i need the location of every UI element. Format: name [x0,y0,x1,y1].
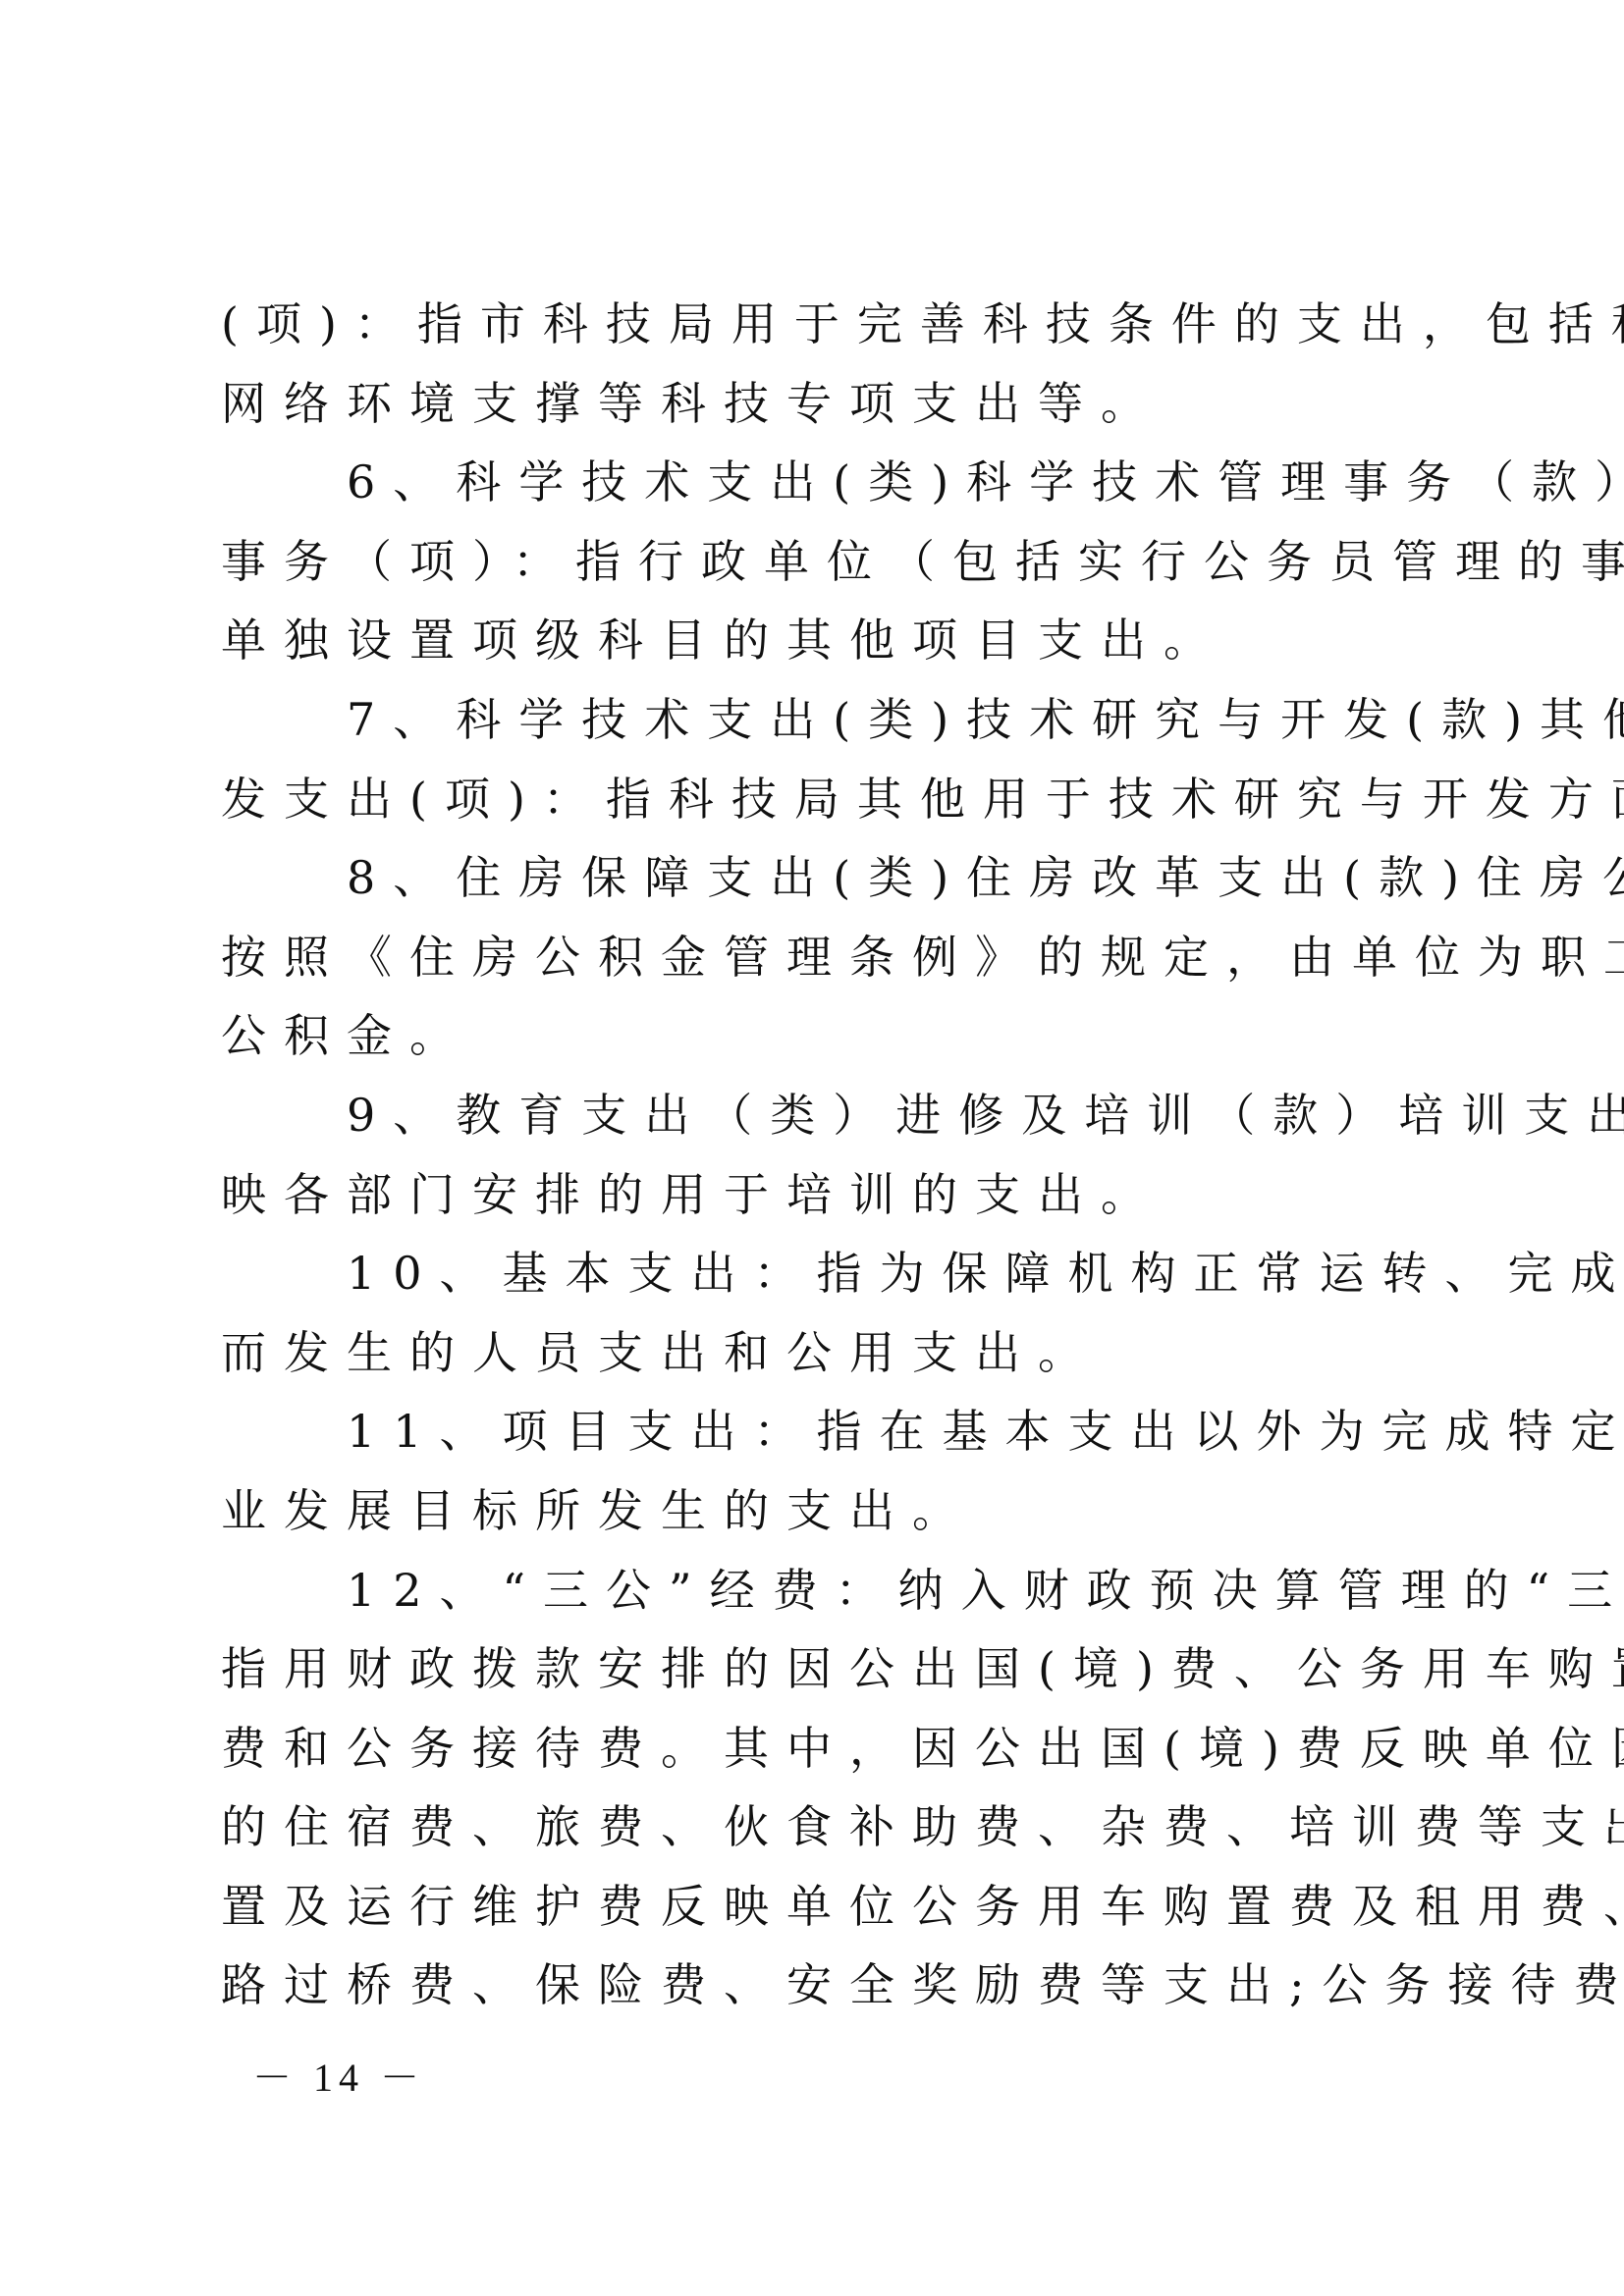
text-line: (项)：指市科技局用于完善科技条件的支出，包括科技文献信息、 [221,285,1425,364]
text-line: 按照《住房公积金管理条例》的规定，由单位为职工缴纳的住房 [221,918,1425,997]
text-line: 路过桥费、保险费、安全奖励费等支出;公务接待费指单位按规定 [221,1946,1425,2025]
text-line: 置及运行维护费反映单位公务用车购置费及租用费、燃料费、过 [221,1867,1425,1947]
paragraph-item-6: 6、科学技术支出(类)科学技术管理事务（款）一般行政管理 事务（项）：指行政单位… [221,443,1425,680]
text-line: 业发展目标所发生的支出。 [221,1471,1425,1551]
text-line: 指用财政拨款安排的因公出国(境)费、公务用车购置及运行维护 [221,1629,1425,1709]
text-line: 11、项目支出：指在基本支出以外为完成特定行政任务和事 [221,1392,1425,1471]
text-line: 事务（项）：指行政单位（包括实行公务员管理的事业单位）未 [221,522,1425,602]
text-line: 而发生的人员支出和公用支出。 [221,1313,1425,1393]
paragraph-item-8: 8、住房保障支出(类)住房改革支出(款)住房公积金(项)：指 按照《住房公积金管… [221,838,1425,1076]
text-line: 单独设置项级科目的其他项目支出。 [221,601,1425,680]
text-line: 费和公务接待费。其中，因公出国(境)费反映单位因公出国(境) [221,1709,1425,1789]
text-line: 12、“三公”经费：纳入财政预决算管理的“三公”经费是 [221,1551,1425,1630]
text-line: 映各部门安排的用于培训的支出。 [221,1155,1425,1235]
paragraph-item-5-continued: (项)：指市科技局用于完善科技条件的支出，包括科技文献信息、 网络环境支撑等科技… [221,285,1425,443]
paragraph-item-10: 10、基本支出：指为保障机构正常运转、完成日常工作任务 而发生的人员支出和公用支… [221,1234,1425,1392]
body-text: (项)：指市科技局用于完善科技条件的支出，包括科技文献信息、 网络环境支撑等科技… [221,285,1425,2025]
text-line: 10、基本支出：指为保障机构正常运转、完成日常工作任务 [221,1234,1425,1313]
paragraph-item-11: 11、项目支出：指在基本支出以外为完成特定行政任务和事 业发展目标所发生的支出。 [221,1392,1425,1550]
text-line: 9、教育支出（类）进修及培训（款）培训支出（项）：指反 [221,1076,1425,1155]
text-line: 公积金。 [221,996,1425,1076]
paragraph-item-7: 7、科学技术支出(类)技术研究与开发(款)其他技术研究与开 发支出(项)：指科技… [221,680,1425,838]
text-line: 发支出(项)：指科技局其他用于技术研究与开发方面的支出。 [221,760,1425,839]
text-line: 的住宿费、旅费、伙食补助费、杂费、培训费等支出;公务用车购 [221,1788,1425,1867]
document-page: (项)：指市科技局用于完善科技条件的支出，包括科技文献信息、 网络环境支撑等科技… [0,0,1624,2296]
page-number: － 14 － [252,2047,425,2103]
paragraph-item-9: 9、教育支出（类）进修及培训（款）培训支出（项）：指反 映各部门安排的用于培训的… [221,1076,1425,1234]
text-line: 8、住房保障支出(类)住房改革支出(款)住房公积金(项)：指 [221,838,1425,918]
text-line: 网络环境支撑等科技专项支出等。 [221,364,1425,444]
text-line: 6、科学技术支出(类)科学技术管理事务（款）一般行政管理 [221,443,1425,522]
text-line: 7、科学技术支出(类)技术研究与开发(款)其他技术研究与开 [221,680,1425,760]
paragraph-item-12: 12、“三公”经费：纳入财政预决算管理的“三公”经费是 指用财政拨款安排的因公出… [221,1551,1425,2026]
